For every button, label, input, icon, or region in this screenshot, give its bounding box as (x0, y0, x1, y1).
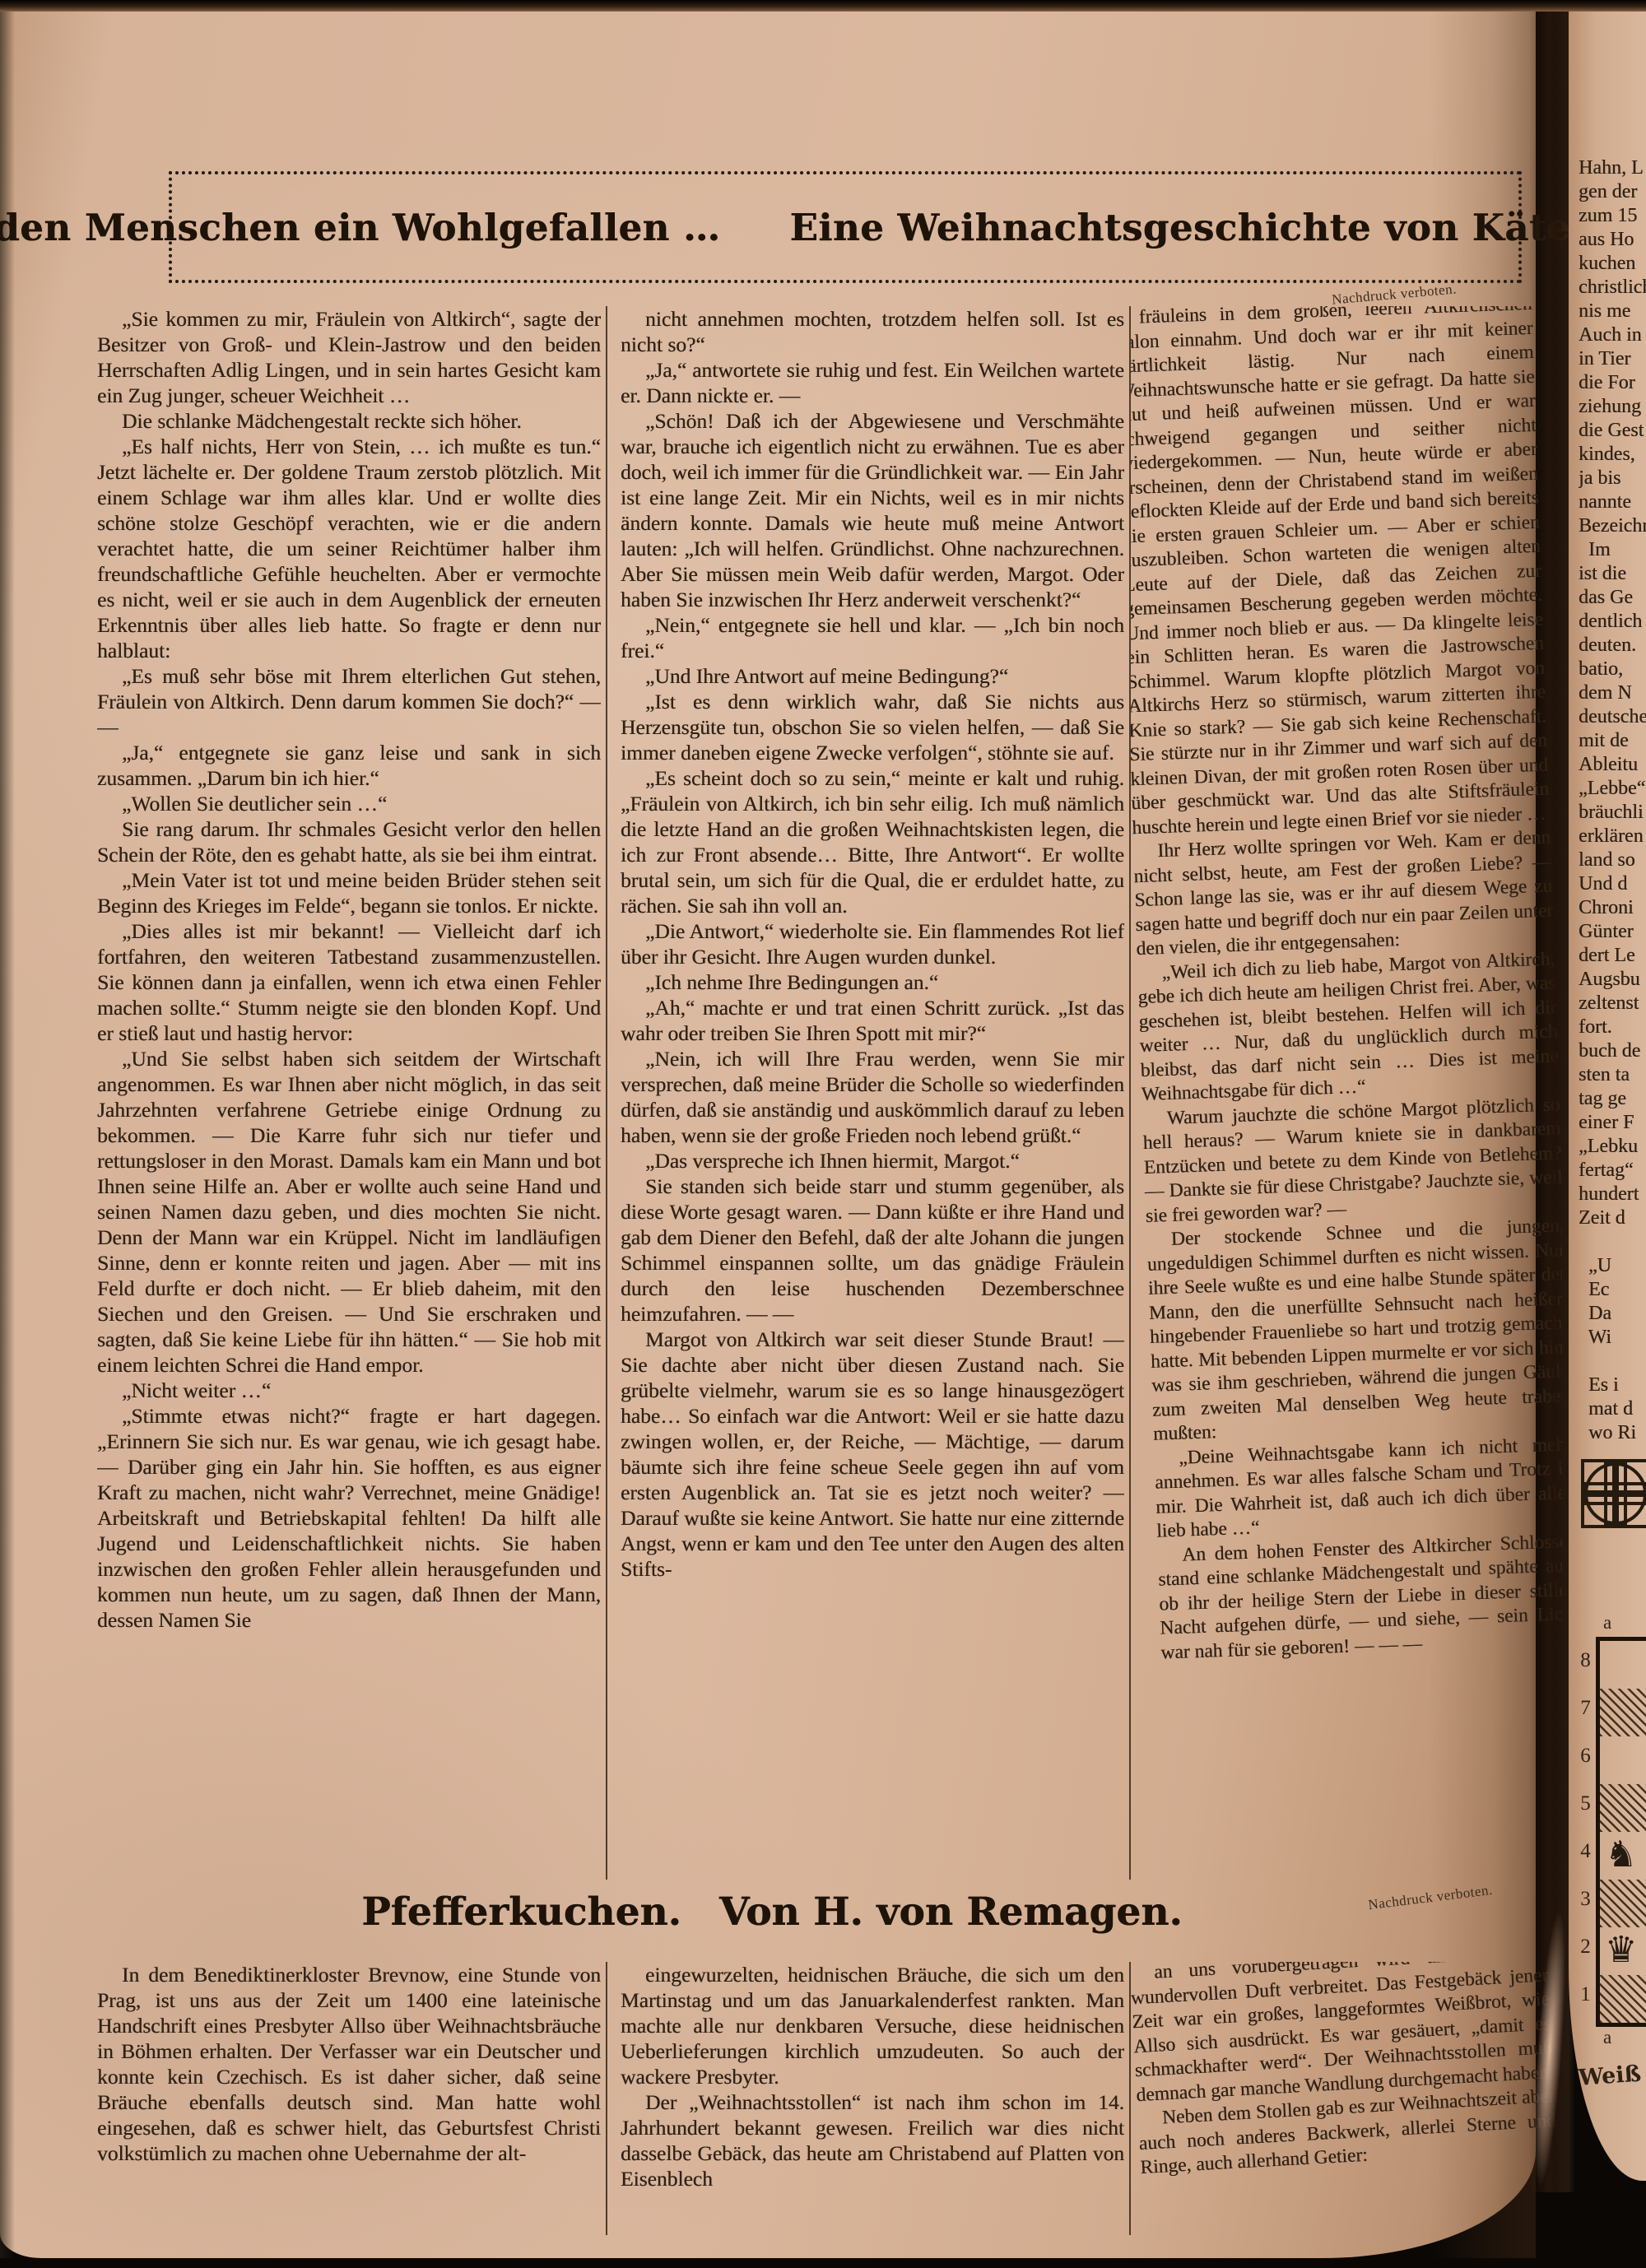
chess-rank-label: 8 (1575, 1637, 1596, 1685)
adjacent-text-fragment: hundert (1579, 1183, 1646, 1206)
adjacent-text-fragment: „Lebku (1579, 1135, 1646, 1159)
adjacent-text-fragment: kindes, (1579, 443, 1646, 467)
adjacent-text-fragment: Günter (1579, 920, 1646, 944)
story2-column-1-text: In dem Benediktinerkloster Brevnow, eine… (97, 1962, 601, 2235)
adjacent-text-fragment: die Gest (1579, 419, 1646, 443)
adjacent-text-fragment: Ec (1579, 1278, 1646, 1302)
story1-column-2-text: nicht annehmen mochten, trotzdem helfen … (621, 306, 1124, 1880)
story2-column-3-text: an uns vorübergetragen wird und einen so… (1129, 1962, 1561, 2235)
chess-square: ♞ (1600, 1832, 1646, 1880)
story-paragraph: „Mein Vater ist tot und meine beiden Brü… (97, 867, 601, 918)
adjacent-text-fragment: erklären (1579, 825, 1646, 848)
chess-knight-icon: ♞ (1605, 1833, 1637, 1875)
story-paragraph: „Deine Weihnachtsgabe kann ich nicht meh… (1154, 1433, 1562, 1545)
story-paragraph: Sie rang darum. Ihr schmales Gesicht ver… (97, 816, 601, 867)
adjacent-text-fragment: Bezeichn (1579, 514, 1646, 538)
adjacent-text-fragment: mit de (1579, 729, 1646, 753)
adjacent-text-fragment: dem N (1579, 681, 1646, 705)
adjacent-text-fragment: in Tier (1579, 347, 1646, 371)
adjacent-text-fragment: Da (1579, 1302, 1646, 1326)
story-paragraph: „Sie kommen zu mir, Fräulein von Altkirc… (97, 306, 601, 408)
story-paragraph: „Ah,“ machte er und trat einen Schritt z… (621, 995, 1124, 1046)
story-paragraph: „Nicht weiter …“ (97, 1378, 601, 1403)
chess-square (1600, 1736, 1646, 1784)
adjacent-text-fragment: buch de (1579, 1039, 1646, 1063)
story2-title: Pfefferkuchen. (361, 1889, 681, 1935)
story-paragraph: In dem Benediktinerkloster Brevnow, eine… (97, 1962, 601, 2166)
adjacent-text-fragment: Chroni (1579, 896, 1646, 920)
ornament-icon (1580, 1458, 1646, 1533)
adjacent-text-fragment: bräuchli (1579, 801, 1646, 825)
story-paragraph: eingewurzelten, heidnischen Bräuche, die… (621, 1962, 1124, 2089)
adjacent-text-fragment: zum 15 (1579, 204, 1646, 228)
adjacent-text-fragment: wo Ri (1579, 1421, 1646, 1445)
chess-caption: Weiß (1578, 2061, 1646, 2091)
chess-square (1600, 1784, 1646, 1832)
adjacent-text-fragment: batio, (1579, 658, 1646, 681)
adjacent-text-fragment: kuchen (1579, 252, 1646, 276)
story2-column-3: an uns vorübergetragen wird und einen so… (1129, 1962, 1562, 2235)
story-paragraph: „Und Ihre Antwort auf meine Bedingung?“ (621, 663, 1124, 689)
chess-rank-label: 5 (1575, 1780, 1596, 1828)
page-left-edge-shadow (0, 8, 15, 2258)
story1-column-2: nicht annehmen mochten, trotzdem helfen … (606, 306, 1124, 1880)
story-paragraph: Warum jauchzte die schöne Margot plötzli… (1142, 1093, 1562, 1229)
story-paragraph: „Es muß sehr böse mit Ihrem elterlichen … (97, 663, 601, 740)
adjacent-page-sliver: Hahn, Lgen derzum 15aus Hokuchenchristli… (1569, 7, 1646, 2181)
adjacent-text-fragment: gen der (1579, 180, 1646, 204)
story-paragraph: Margot von Altkirch war seit dieser Stun… (621, 1327, 1124, 1582)
story1-columns: „Sie kommen zu mir, Fräulein von Altkirc… (97, 306, 1562, 1880)
story1-headline-box: Und den Menschen ein Wohlgefallen … Eine… (169, 171, 1522, 283)
adjacent-text-fragment: deutsche (1579, 705, 1646, 729)
chess-board: ♞ ♛ (1596, 1637, 1646, 2027)
photo-top-edge (0, 0, 1646, 12)
adjacent-text-fragment: Augsbu (1579, 968, 1646, 992)
story-paragraph: nicht annehmen mochten, trotzdem helfen … (621, 306, 1124, 357)
adjacent-text-fragment: fort. (1579, 1015, 1646, 1039)
story-paragraph: „Die Antwort,“ wiederholte sie. Ein flam… (621, 918, 1124, 969)
adjacent-text-fragment: nannte (1579, 490, 1646, 514)
story-paragraph: „Und Sie selbst haben sich seitdem der W… (97, 1046, 601, 1378)
adjacent-text-fragment: dert Le (1579, 944, 1646, 968)
story-paragraph: Die schlanke Mädchengestalt reckte sich … (97, 408, 601, 434)
story1-column-1-text: „Sie kommen zu mir, Fräulein von Altkirc… (97, 306, 601, 1880)
chess-file-label-top: a (1603, 1612, 1646, 1637)
adjacent-text-fragment: Im (1579, 538, 1646, 562)
story-paragraph: „Stimmte etwas nicht?“ fragte er hart da… (97, 1403, 601, 1633)
chess-rank-label: 7 (1575, 1685, 1596, 1732)
adjacent-text-fragment: fertag“ (1579, 1159, 1646, 1183)
adjacent-text-fragment: land so (1579, 848, 1646, 872)
story2-columns: In dem Benediktinerkloster Brevnow, eine… (97, 1962, 1562, 2235)
chess-square (1600, 1641, 1646, 1689)
story-paragraph: „Nein, ich will Ihre Frau werden, wenn S… (621, 1046, 1124, 1148)
story-paragraph: Der stockende Schnee und die jungen, ung… (1146, 1214, 1562, 1447)
chess-rank-label: 6 (1575, 1732, 1596, 1780)
chess-square: ♛ (1600, 1927, 1646, 1975)
chess-square (1600, 1880, 1646, 1927)
story1-column-3-text: fräuleins in dem großen, leeren Altkirch… (1129, 306, 1562, 1879)
story-paragraph: „Ja,“ entgegnete sie ganz leise und sank… (97, 740, 601, 791)
adjacent-text-fragment: aus Ho (1579, 228, 1646, 252)
adjacent-text-fragment: Zeit d (1579, 1206, 1646, 1230)
chess-diagram: a 87654321 ♞ ♛ a (1569, 1612, 1646, 2089)
story1-column-3: fräuleins in dem großen, leeren Altkirch… (1129, 306, 1562, 1880)
adjacent-text-fragment: deuten. (1579, 634, 1646, 658)
story1-title: Und den Menschen ein Wohlgefallen … (0, 206, 720, 249)
story1-column-1: „Sie kommen zu mir, Fräulein von Altkirc… (97, 306, 601, 1880)
story-paragraph: „Weil ich dich zu lieb habe, Margot von … (1137, 947, 1560, 1108)
story-paragraph: „Dies alles ist mir bekannt! — Vielleich… (97, 918, 601, 1046)
story-paragraph: fräuleins in dem großen, leeren Altkirch… (1129, 306, 1551, 840)
adjacent-text-fragment: einer F (1579, 1111, 1646, 1135)
chess-square (1600, 1975, 1646, 2023)
newspaper-photo: Und den Menschen ein Wohlgefallen … Eine… (0, 0, 1646, 2268)
adjacent-text-fragment: dentlich (1579, 610, 1646, 634)
story-paragraph: „Das verspreche ich Ihnen hiermit, Margo… (621, 1148, 1124, 1174)
chess-rank-label: 2 (1575, 1923, 1596, 1971)
story1-subtitle: Eine Weihnachtsgeschichte von Käte Lubow… (789, 206, 1646, 249)
adjacent-text-fragment: die For (1579, 371, 1646, 395)
adjacent-text-fragment: Auch in (1579, 323, 1646, 347)
story-paragraph: Sie standen sich beide starr und stumm g… (621, 1174, 1124, 1327)
chess-rank-labels: 87654321 (1575, 1637, 1596, 2027)
adjacent-text-fragment: ja bis (1579, 467, 1646, 490)
story-paragraph: „Wollen Sie deutlicher sein …“ (97, 791, 601, 816)
adjacent-text-fragment: tag ge (1579, 1087, 1646, 1111)
adjacent-text-fragment: ziehung (1579, 395, 1646, 419)
chess-file-label-bottom: a (1603, 2027, 1646, 2052)
adjacent-text-fragment: „Lebbe“ (1579, 777, 1646, 801)
story-paragraph: Der „Weihnachtsstollen“ ist nach ihm sch… (621, 2089, 1124, 2191)
adjacent-text-fragment: zeltenst (1579, 992, 1646, 1015)
chess-rank-label: 1 (1575, 1971, 1596, 2019)
story-paragraph: „Nein,“ entgegnete sie hell und klar. — … (621, 612, 1124, 663)
adjacent-text-fragment: Es i (1579, 1373, 1646, 1397)
chess-rank-label: 4 (1575, 1828, 1596, 1875)
chess-rank-label: 3 (1575, 1875, 1596, 1923)
adjacent-text-fragment: das Ge (1579, 586, 1646, 610)
chess-square (1600, 1689, 1646, 1736)
story-paragraph: „Ich nehme Ihre Bedingungen an.“ (621, 969, 1124, 995)
story-paragraph: An dem hohen Fenster des Altkircher Schl… (1157, 1529, 1562, 1665)
chess-board-body: 87654321 ♞ ♛ (1575, 1637, 1646, 2027)
adjacent-text-fragment: mat d (1579, 1397, 1646, 1421)
adjacent-text-fragment: Und d (1579, 872, 1646, 896)
adjacent-text-fragment: Wi (1579, 1326, 1646, 1350)
story-paragraph: „Ja,“ antwortete sie ruhig und fest. Ein… (621, 357, 1124, 408)
story-paragraph: an uns vorübergetragen wird und einen so… (1129, 1962, 1555, 2108)
story2-column-1: In dem Benediktinerkloster Brevnow, eine… (97, 1962, 601, 2235)
adjacent-text-fragment: ist die (1579, 562, 1646, 586)
adjacent-text-fragment: nis me (1579, 300, 1646, 323)
chess-piece-icon: ♛ (1605, 1929, 1637, 1971)
story-paragraph: „Schön! Daß ich der Abgewiesene und Vers… (621, 408, 1124, 612)
adjacent-text-fragment: „U (1579, 1254, 1646, 1278)
story2-byline: Von H. von Remagen. (719, 1889, 1183, 1935)
story-paragraph: „Es scheint doch so zu sein,“ meinte er … (621, 765, 1124, 918)
story2-column-2-text: eingewurzelten, heidnischen Bräuche, die… (621, 1962, 1124, 2235)
adjacent-text-fragment: christlich (1579, 276, 1646, 300)
adjacent-text-fragment: sten ta (1579, 1063, 1646, 1087)
adjacent-text-fragment (1579, 1230, 1646, 1254)
adjacent-text-column: Hahn, Lgen derzum 15aus Hokuchenchristli… (1569, 156, 1646, 1445)
story2-column-2: eingewurzelten, heidnischen Bräuche, die… (606, 1962, 1124, 2235)
story-paragraph: „Es half nichts, Herr von Stein, … ich m… (97, 434, 601, 663)
adjacent-text-fragment: Hahn, L (1579, 156, 1646, 180)
adjacent-text-fragment: Ableitu (1579, 753, 1646, 777)
story2-header: Pfefferkuchen. Von H. von Remagen. (97, 1889, 1447, 1935)
story-paragraph: Ihr Herz wollte springen vor Weh. Kam er… (1132, 826, 1555, 962)
adjacent-text-fragment (1579, 1350, 1646, 1373)
story-paragraph: „Ist es denn wirklich wahr, daß Sie nich… (621, 689, 1124, 765)
